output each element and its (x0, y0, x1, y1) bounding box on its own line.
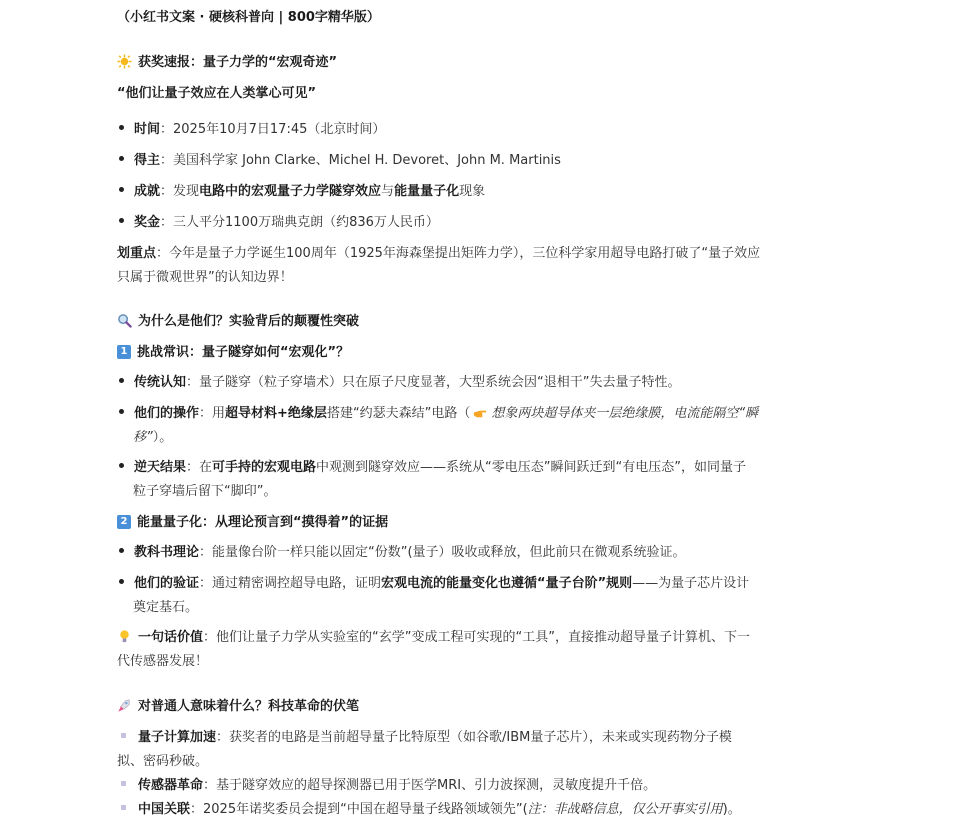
highlight-paragraph-cont: 只属于微观世界”的认知边界！ (117, 268, 293, 288)
list-item-result: 逆天结果：在可手持的宏观电路中观测到隧穿效应——系统从“零电压态”瞬间跃迁到“有… (117, 458, 746, 478)
list-item-result-cont: 粒子穿墙后留下“脚印”。 (133, 482, 276, 502)
list-item-prize: 奖金：三人平分1100万瑞典克朗（约836万人民币） (117, 213, 439, 233)
list-item-achievement: 成就：发现电路中的宏观量子力学隧穿效应与能量量子化现象 (117, 182, 485, 202)
section-heading-award: 获奖速报：量子力学的“宏观奇迹” (117, 53, 337, 73)
bullet (119, 548, 124, 553)
list-item-traditional: 传统认知：量子隧穿（粒子穿墙术）只在原子尺度显著，大型系统会因“退相干”失去量子… (117, 373, 681, 393)
highlight-paragraph: 划重点：今年是量子力学诞生100周年（1925年海森堡提出矩阵力学），三位科学家… (117, 244, 760, 264)
pointing-hand-icon (472, 405, 487, 420)
list-item-verification-cont: 奠定基石。 (133, 598, 198, 618)
list-item-china: 中国关联：2025年诺奖委员会提到“中国在超导量子线路领域领先”(注：非战略信息… (117, 800, 741, 820)
bullet (121, 805, 126, 810)
list-item-quantum-computing: 量子计算加速：获奖者的电路是当前超导量子比特原型（如谷歌/IBM量子芯片），未来… (117, 728, 732, 748)
keycap-1-icon: 1 (117, 345, 131, 359)
keycap-2-icon: 2 (117, 515, 131, 529)
value-paragraph-cont: 代传感器发展！ (117, 652, 208, 672)
list-item-laureates: 得主：美国科学家 John Clarke、Michel H. Devoret、J… (117, 151, 561, 171)
rocket-icon (117, 698, 132, 713)
bullet (119, 409, 124, 414)
lightbulb-icon (117, 629, 132, 644)
list-item-time: 时间：2025年10月7日17:45（北京时间） (117, 120, 385, 140)
bullet (119, 156, 124, 161)
list-item-operation: 他们的操作：用超导材料+绝缘层搭建“约瑟夫森结”电路（想象两块超导体夹一层绝缘膜… (117, 404, 758, 424)
subtitle: （小红书文案 · 硬核科普向 | 800字精华版） (117, 8, 380, 28)
list-item-quantum-computing-cont: 拟、密码秒破。 (117, 752, 208, 772)
bullet (119, 378, 124, 383)
bullet (119, 579, 124, 584)
bullet (121, 781, 126, 786)
bullet (119, 463, 124, 468)
list-item-operation-cont: 移”）。 (133, 428, 172, 448)
list-item-textbook: 教科书理论：能量像台阶一样只能以固定“份数”(量子）吸收或释放，但此前只在微观系… (117, 543, 686, 563)
sun-icon (117, 54, 132, 69)
bullet (121, 733, 126, 738)
subheading-2: 2能量量子化：从理论预言到“摸得着”的证据 (117, 513, 388, 533)
list-item-verification: 他们的验证：通过精密调控超导电路，证明宏观电流的能量变化也遵循“量子台阶”规则—… (117, 574, 749, 594)
list-item-sensor: 传感器革命：基于隧穿效应的超导探测器已用于医学MRI、引力波探测，灵敏度提升千倍… (117, 776, 656, 796)
subheading-1: 1挑战常识：量子隧穿如何“宏观化”？ (117, 343, 349, 363)
magnifier-icon (117, 313, 132, 328)
bullet (119, 125, 124, 130)
section-heading-why: 为什么是他们？实验背后的颠覆性突破 (117, 312, 359, 332)
bullet (119, 218, 124, 223)
tagline: “他们让量子效应在人类掌心可见” (117, 84, 316, 104)
section-heading-impact: 对普通人意味着什么？科技革命的伏笔 (117, 697, 359, 717)
value-paragraph: 一句话价值：他们让量子力学从实验室的“玄学”变成工程可实现的“工具”，直接推动超… (117, 628, 750, 648)
bullet (119, 187, 124, 192)
